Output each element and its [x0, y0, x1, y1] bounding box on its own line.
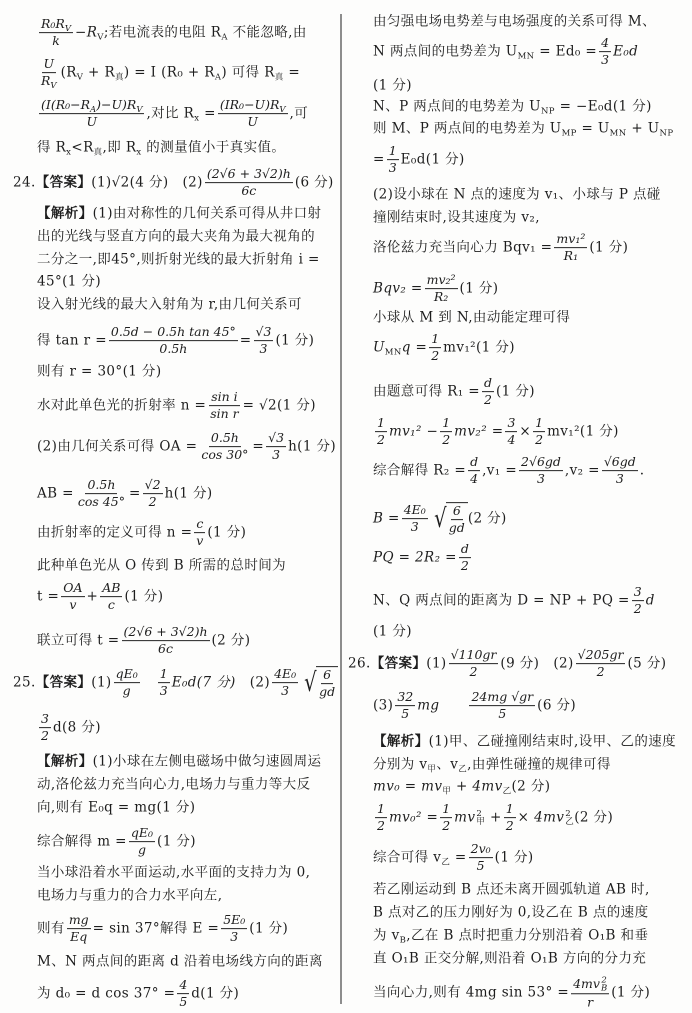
fraction-denominator: cos 45°	[76, 495, 127, 510]
subscript: MN	[518, 52, 535, 62]
fraction-denominator: 3	[599, 53, 611, 68]
fraction-denominator: sin r	[208, 407, 240, 422]
radical-sign-icon: √	[434, 506, 447, 532]
fraction: (IR₀−U)RV U	[218, 98, 288, 130]
text: (1 分)	[373, 78, 412, 94]
fraction-numerator: qE₀	[114, 667, 140, 683]
line-r17: PQ = 2R₂ =d2	[373, 542, 473, 574]
line-r21: (3)325mg24mg √gr5(6 分)	[373, 690, 576, 722]
fraction: √33	[266, 431, 286, 463]
fraction: mgEq	[67, 913, 91, 945]
subscript: NP	[541, 107, 555, 117]
fraction-denominator: 2	[632, 602, 644, 617]
text: E₀d	[613, 44, 638, 60]
text: = U	[577, 121, 610, 137]
fraction: 2v₀5	[469, 842, 493, 874]
text: mv	[454, 810, 475, 826]
text: (1)小球在左侧电磁场中做匀速圆周运	[93, 754, 322, 770]
fraction-denominator: g	[121, 684, 133, 699]
text: N、Q 两点间的距离为 D = NP + PQ =	[373, 593, 630, 609]
fraction: cv	[194, 517, 205, 549]
radical-sign-icon: √	[304, 670, 317, 696]
fraction-numerator: (I(R₀−RA)−U)RV	[39, 98, 144, 114]
math-text: 4mv	[573, 976, 600, 991]
fraction-numerator: 4mv2B	[571, 976, 609, 994]
text: 综合解得 R₂ =	[373, 463, 466, 479]
fraction-numerator: √6gd	[602, 455, 638, 471]
fraction: 6gd	[447, 504, 467, 536]
text: ×	[519, 424, 531, 440]
line-r18: N、Q 两点间的距离为 D = NP + PQ =32d	[373, 585, 655, 617]
fraction-numerator: 5E₀	[221, 913, 247, 929]
fraction: 12	[440, 416, 452, 448]
text: 综合可得 v	[373, 850, 441, 866]
text: (1 分)	[373, 624, 412, 640]
line-l08: 二分之一,即45°,则折射光线的最大折射角 i =	[37, 252, 320, 269]
fraction: 5E₀3	[221, 913, 247, 945]
fraction: 34	[505, 416, 517, 448]
fraction-denominator: 0.5h	[157, 342, 189, 357]
fraction-denominator: 3	[387, 161, 399, 176]
fraction-denominator: 2	[440, 433, 452, 448]
fraction-numerator: 1	[387, 144, 399, 160]
line-l10: 设入射光线的最大入射角为 r,由几何关系可	[37, 297, 302, 314]
analysis-tag: 【解析】	[373, 734, 429, 750]
fraction-denominator: 2	[459, 559, 471, 574]
text: 不能忽略,由	[228, 25, 307, 41]
fraction-denominator: 3	[614, 472, 626, 487]
text: (1 分)	[124, 589, 163, 605]
answer-tag: 【答案】	[371, 656, 427, 672]
line-l23: 动,洛伦兹力充当向心力,电场力与重力等大反	[37, 777, 310, 794]
line-r03: (1 分)	[373, 78, 412, 95]
math-text: (I(R₀−R	[41, 97, 90, 112]
fraction-numerator: √3	[254, 325, 274, 341]
line-l18: t =OAv+ABc(1 分)	[37, 581, 163, 613]
text: M、N 两点间的距离 d 沿着电场线方向的距离	[37, 954, 323, 970]
text: 分别为 v	[373, 757, 427, 773]
text: ,即 R	[103, 140, 137, 156]
line-r25: 12mv₀² =12mv2甲 +12× 4mv2乙(2 分)	[373, 802, 613, 834]
text: 小球从 M 到 N,由动能定理可得	[373, 310, 570, 326]
text: (1 分)	[589, 240, 628, 256]
fraction-denominator: v	[194, 534, 205, 549]
fraction: d4	[468, 455, 480, 487]
fraction: 0.5hcos 30°	[199, 431, 250, 463]
text: (6 分)	[537, 698, 576, 714]
fraction-numerator: (IR₀−U)RV	[218, 98, 288, 114]
text: (1 分)	[495, 850, 534, 866]
subscript: V	[65, 24, 71, 34]
fraction-denominator: cos 30°	[199, 448, 250, 463]
text: 综合解得 m =	[37, 834, 127, 850]
fraction-denominator: 2	[482, 393, 494, 408]
fraction-denominator: 3	[158, 684, 170, 699]
math-text: (IR₀−U)R	[220, 97, 280, 112]
text: 电场力与重力的合力水平向左,	[37, 888, 222, 904]
text: <R	[71, 140, 93, 156]
fraction: 12	[504, 802, 516, 834]
line-r31: 当向心力,则有 4mg sin 53° =4mv2Br(1 分)	[373, 976, 650, 1010]
fraction-denominator: 5	[496, 707, 508, 722]
text: ) 可得 R	[221, 65, 274, 81]
question-number: 26.	[348, 656, 371, 672]
text: mv₁²(1 分)	[547, 424, 619, 440]
text: N、P 两点间的电势差为 U	[373, 99, 541, 115]
fraction-numerator: 6	[451, 504, 463, 520]
fraction-denominator: k	[50, 34, 62, 49]
line-l29: M、N 两点间的距离 d 沿着电场线方向的距离	[37, 954, 323, 971]
fraction: 13	[158, 667, 170, 699]
fraction: 45	[177, 978, 189, 1010]
line-l17: 此种单色光从 O 传到 B 所需的总时间为	[37, 558, 286, 575]
fraction: 325	[395, 690, 415, 722]
text: (1)	[91, 675, 111, 691]
line-l12: 则有 r = 30°(1 分)	[37, 364, 161, 381]
analysis-tag: 【解析】	[37, 754, 93, 770]
fraction-denominator: 2	[595, 665, 607, 680]
text: =	[240, 333, 252, 349]
text: (1 分)	[496, 384, 535, 400]
fraction-denominator: 2	[375, 433, 387, 448]
fraction: d2	[459, 542, 471, 574]
fraction-numerator: 1	[504, 802, 516, 818]
fraction-numerator: 3	[505, 416, 517, 432]
radicand: 6gd	[446, 502, 468, 536]
analysis-tag: 【解析】	[37, 206, 93, 222]
fraction-denominator: 2	[440, 819, 452, 834]
fraction-denominator: R₁	[562, 249, 580, 264]
text: 则有	[37, 921, 65, 937]
subscript: 真	[275, 73, 284, 83]
line-l14: (2)由几何关系可得 OA =0.5hcos 30°=√33h(1 分)	[37, 431, 336, 463]
fraction: 4E₀3	[402, 503, 428, 535]
fraction-denominator: Eq	[68, 930, 89, 945]
square-root: √6gd	[302, 666, 338, 700]
text: ,乙在 B 点时把重力分别沿着 O₁B 和垂	[406, 928, 648, 944]
line-l24: 向,则有 E₀q = mg(1 分)	[37, 800, 195, 817]
line-l22: 【解析】(1)小球在左侧电磁场中做匀速圆周运	[37, 754, 321, 771]
line-l28: 则有mgEq= sin 37°解得 E =5E₀3(1 分)	[37, 913, 288, 945]
fraction: 13	[387, 144, 399, 176]
fraction: qE₀g	[129, 826, 155, 858]
fraction: √6gd3	[602, 455, 638, 487]
line-l03: (I(R₀−RA)−U)RV U ,对比 Rx = (IR₀−U)RV U ,可	[37, 98, 308, 130]
text: (2)	[250, 675, 270, 691]
math-text: )−U)R	[96, 97, 136, 112]
fraction-numerator: √2	[143, 478, 163, 494]
fraction: R₀RV k	[39, 17, 73, 49]
fraction-denominator: 3	[279, 684, 291, 699]
text: N 两点间的电势差为 U	[373, 44, 518, 60]
text: (5 分)	[627, 656, 666, 672]
text: mv₀² =	[389, 810, 438, 826]
fraction: sin isin r	[208, 390, 240, 422]
text: B =	[373, 511, 400, 527]
text: 由匀强电场电势差与电场强度的关系可得 M、	[373, 14, 656, 30]
subscript: MN	[610, 129, 627, 139]
text: ,由弹性碰撞的规律可得	[467, 757, 611, 773]
text: h(1 分)	[165, 486, 213, 502]
text: =	[373, 152, 385, 168]
text: (1 分)	[207, 525, 246, 541]
fraction-numerator: 4	[177, 978, 189, 994]
text: = √2(1 分)	[243, 398, 316, 414]
fraction-denominator: 2	[375, 819, 387, 834]
text: 动,洛伦兹力充当向心力,电场力与重力等大反	[37, 777, 310, 793]
fraction: √22	[143, 478, 163, 510]
text: (2 分)	[574, 810, 613, 826]
fraction-numerator: AB	[100, 581, 122, 597]
line-r05: 则 M、P 两点间的电势差为 UMP = UMN + UNP	[373, 121, 673, 138]
line-l25: 综合解得 m =qE₀g(1 分)	[37, 826, 196, 858]
question-number: 24.	[13, 175, 36, 191]
text: ,v₁ =	[482, 463, 517, 479]
text: = Ed₀ =	[535, 44, 598, 60]
fraction-numerator: mg	[67, 913, 91, 929]
text: × 4mv	[518, 810, 565, 826]
fraction: (I(R₀−RA)−U)RV U	[39, 98, 144, 130]
line-l15: AB =0.5hcos 45°=√22h(1 分)	[37, 478, 213, 510]
fraction-numerator: 1	[533, 416, 545, 432]
fraction-denominator: 3	[270, 448, 282, 463]
line-r12: UMNq =12mv₁²(1 分)	[373, 332, 515, 364]
line-r28: B 点对乙的压力刚好为 0,设乙在 B 点的速度	[373, 905, 649, 922]
text: (3)	[373, 698, 393, 714]
line-l30: 为 d₀ = d cos 37° =45d(1 分)	[37, 978, 239, 1010]
fraction-denominator: v	[67, 598, 78, 613]
text: + 4mv	[451, 779, 502, 795]
line-l01: R₀RV k −RV;若电流表的电阻 RA 不能忽略,由	[37, 17, 307, 49]
fraction-numerator: mv₁²	[554, 232, 587, 248]
fraction: 2√6gd3	[519, 455, 563, 487]
math-text: R₀R	[41, 16, 65, 31]
line-r04: N、P 两点间的电势差为 UNP = −E₀d(1 分)	[373, 99, 652, 116]
text: (R	[61, 65, 77, 81]
text: =	[252, 439, 264, 455]
fraction-numerator: (2√6 + 3√2)h	[205, 167, 293, 183]
text: mv₂² =	[454, 424, 503, 440]
fraction-numerator: U	[42, 57, 57, 73]
text: 洛伦兹力充当向心力 Bqv₁ =	[373, 240, 552, 256]
fraction-numerator: OA	[61, 581, 84, 597]
line-r27: 若乙刚运动到 B 点还未离开圆弧轨道 AB 时,	[373, 882, 650, 899]
fraction-numerator: 24mg √gr	[469, 690, 535, 706]
fraction: qE₀g	[114, 667, 140, 699]
text: 直 O₁B 正交分解,则沿着 O₁B 方向的分力充	[373, 951, 646, 967]
fraction-numerator: 1	[375, 416, 387, 432]
text: (2)由几何关系可得 OA =	[37, 439, 197, 455]
text: +	[87, 589, 99, 605]
text: =	[199, 106, 215, 122]
text: (6 分)	[295, 175, 334, 191]
subscript: NP	[660, 129, 674, 139]
text: = −E₀d(1 分)	[555, 99, 652, 115]
text: mv₁²(1 分)	[443, 340, 515, 356]
fraction: OAv	[61, 581, 84, 613]
fraction-denominator: 5	[475, 859, 487, 874]
square-root: √6gd	[432, 502, 468, 536]
line-r01: 由匀强电场电势差与电场强度的关系可得 M、	[373, 14, 656, 31]
text: 得 tan r =	[37, 333, 107, 349]
line-r10: Bqv₂ =mv₂²R₂(1 分)	[373, 273, 498, 305]
text: (1)由对称性的几何关系可得从井口射	[93, 206, 322, 222]
line-l21: 32d(8 分)	[37, 712, 101, 744]
fraction-denominator: 4	[468, 472, 480, 487]
text: (9 分)	[500, 656, 539, 672]
text: (1)√2(4 分)	[91, 175, 168, 191]
text: mv₀ = mv	[373, 779, 442, 795]
subscript: B	[601, 984, 607, 992]
fraction: 32	[39, 712, 51, 744]
text: (1 分)	[275, 333, 314, 349]
text: 联立可得 t =	[37, 633, 120, 649]
subscript: MP	[562, 129, 577, 139]
text: 此种单色光从 O 传到 B 所需的总时间为	[37, 558, 286, 574]
text: −R	[75, 25, 97, 41]
fraction-denominator: 2	[147, 495, 159, 510]
fraction-denominator: 2	[429, 349, 441, 364]
text: 45°(1 分)	[37, 274, 101, 290]
text: 设入射光线的最大入射角为 r,由几何关系可	[37, 297, 302, 313]
line-r23: 分别为 v甲、v乙,由弹性碰撞的规律可得	[373, 757, 611, 774]
fraction-denominator: gd	[447, 521, 467, 536]
subscript: V	[279, 105, 285, 115]
text: d(1 分)	[191, 986, 239, 1002]
line-l13: 水对此单色光的折射率 n =sin isin r= √2(1 分)	[37, 390, 316, 422]
fraction: 12	[440, 802, 452, 834]
text: (1)	[426, 656, 446, 672]
fraction: 4E₀3	[272, 667, 298, 699]
fraction-numerator: mv₂²	[425, 273, 458, 289]
fraction-numerator: d	[468, 455, 480, 471]
answer-tag: 【答案】	[36, 675, 92, 691]
fraction-numerator: sin i	[209, 390, 239, 406]
text: PQ = 2R₂ =	[373, 550, 457, 566]
text: (2 分)	[512, 779, 551, 795]
line-l07: 出的光线与竖直方向的最大夹角为最大视角的	[37, 229, 315, 246]
text: (1 分)	[611, 985, 650, 1001]
fraction: 24mg √gr5	[469, 690, 535, 722]
text: ,v₂ =	[565, 463, 600, 479]
fraction-numerator: 2v₀	[469, 842, 493, 858]
fraction: 32	[632, 585, 644, 617]
text: = sin 37°解得 E =	[93, 921, 220, 937]
text: 若乙刚运动到 B 点还未离开圆弧轨道 AB 时,	[373, 882, 650, 898]
fraction-numerator: 1	[429, 332, 441, 348]
text: 为 d₀ = d cos 37° =	[37, 986, 175, 1002]
fraction: U RV	[39, 57, 59, 89]
fraction: 12	[533, 416, 545, 448]
fraction: mv₁²R₁	[554, 232, 587, 264]
fraction: 6gd	[317, 668, 337, 700]
sup-sub-stack: 2乙	[565, 810, 574, 826]
fraction-numerator: 0.5d − 0.5h tan 45°	[109, 325, 238, 341]
radicand: 6gd	[316, 666, 338, 700]
text: 二分之一,即45°,则折射光线的最大折射角 i =	[37, 252, 320, 268]
fraction: 4mv2Br	[571, 976, 609, 1010]
column-divider	[340, 14, 342, 1004]
line-r26: 综合可得 v乙 =2v₀5(1 分)	[373, 842, 534, 874]
text: 出的光线与竖直方向的最大夹角为最大视角的	[37, 229, 315, 245]
fraction-numerator: 2√6gd	[519, 455, 563, 471]
fraction: 43	[599, 36, 611, 68]
fraction-numerator: 1	[440, 802, 452, 818]
fraction-denominator: 6c	[239, 184, 258, 199]
text: (1 分)	[157, 834, 196, 850]
line-l06: 【解析】(1)由对称性的几何关系可得从井口射	[37, 206, 321, 223]
text: ,可	[290, 106, 309, 122]
fraction: d2	[482, 376, 494, 408]
subscript: 乙	[458, 765, 467, 775]
answer-line-q26: 26.【答案】(1)√110gr2(9 分)(2)√205gr2(5 分)	[348, 648, 666, 680]
line-l16: 由折射率的定义可得 n =cv(1 分)	[37, 517, 246, 549]
line-l09: 45°(1 分)	[37, 274, 101, 291]
fraction-denominator: 3	[535, 472, 547, 487]
subscript: 甲	[427, 765, 436, 775]
text: 由折射率的定义可得 n =	[37, 525, 192, 541]
fraction-denominator: gd	[317, 685, 337, 700]
text: d(8 分)	[53, 720, 101, 736]
text: 由题意可得 R₁ =	[373, 384, 480, 400]
fraction: ABc	[100, 581, 122, 613]
text: t =	[37, 589, 59, 605]
line-l19: 联立可得 t =(2√6 + 3√2)h6c(2 分)	[37, 625, 250, 657]
fraction-denominator: 5	[177, 995, 189, 1010]
text: (2)	[553, 656, 573, 672]
subscript: 甲	[442, 787, 451, 797]
text: q =	[402, 340, 427, 356]
text: ;若电流表的电阻 R	[104, 25, 222, 41]
fraction-numerator: c	[194, 517, 205, 533]
line-r02: N 两点间的电势差为 UMN = Ed₀ =43E₀d	[373, 36, 638, 68]
fraction-numerator: 32	[395, 690, 415, 706]
fraction: (2√6 + 3√2)h6c	[122, 625, 210, 657]
fraction-denominator: r	[585, 994, 595, 1009]
fraction-numerator: (2√6 + 3√2)h	[122, 625, 210, 641]
text: 则 M、P 两点间的电势差为 U	[373, 121, 562, 137]
text: =	[450, 850, 466, 866]
fraction-denominator: U	[84, 115, 99, 130]
fraction-denominator: 2	[504, 819, 516, 834]
line-r06: =13E₀d(1 分)	[373, 144, 465, 176]
fraction-denominator: 4	[505, 433, 517, 448]
fraction-numerator: 4E₀	[272, 667, 298, 683]
text: (1)甲、乙碰撞刚结束时,设甲、乙的速度	[429, 734, 676, 750]
fraction: 12	[375, 416, 387, 448]
fraction-numerator: 4E₀	[402, 503, 428, 519]
answer-line-q24: 24.【答案】(1)√2(4 分)(2)(2√6 + 3√2)h6c(6 分)	[13, 167, 334, 199]
answer-tag: 【答案】	[36, 175, 92, 191]
question-number: 25.	[13, 675, 36, 691]
text: mg	[417, 698, 439, 714]
text: mv₁² −	[389, 424, 438, 440]
fraction-numerator: 0.5h	[209, 431, 241, 447]
fraction: mv₂²R₂	[425, 273, 458, 305]
fraction-denominator: 6c	[156, 642, 175, 657]
text: (2 分)	[468, 511, 507, 527]
text: ,对比 R	[146, 106, 194, 122]
fraction-denominator: U	[245, 115, 260, 130]
line-r15: 综合解得 R₂ =d4,v₁ =2√6gd3,v₂ =√6gd3.	[373, 455, 644, 487]
line-r07: (2)设小球在 N 点的速度为 v₁、小球与 P 点碰	[373, 187, 661, 204]
fraction: 0.5d − 0.5h tan 45°0.5h	[109, 325, 238, 357]
line-r16: B =4E₀3√6gd(2 分)	[373, 502, 507, 536]
fraction-denominator: 2	[533, 433, 545, 448]
text: d	[646, 593, 655, 609]
fraction-denominator: 3	[258, 342, 270, 357]
text: 撞刚结束时,设其速度为 v₂,	[373, 210, 540, 226]
